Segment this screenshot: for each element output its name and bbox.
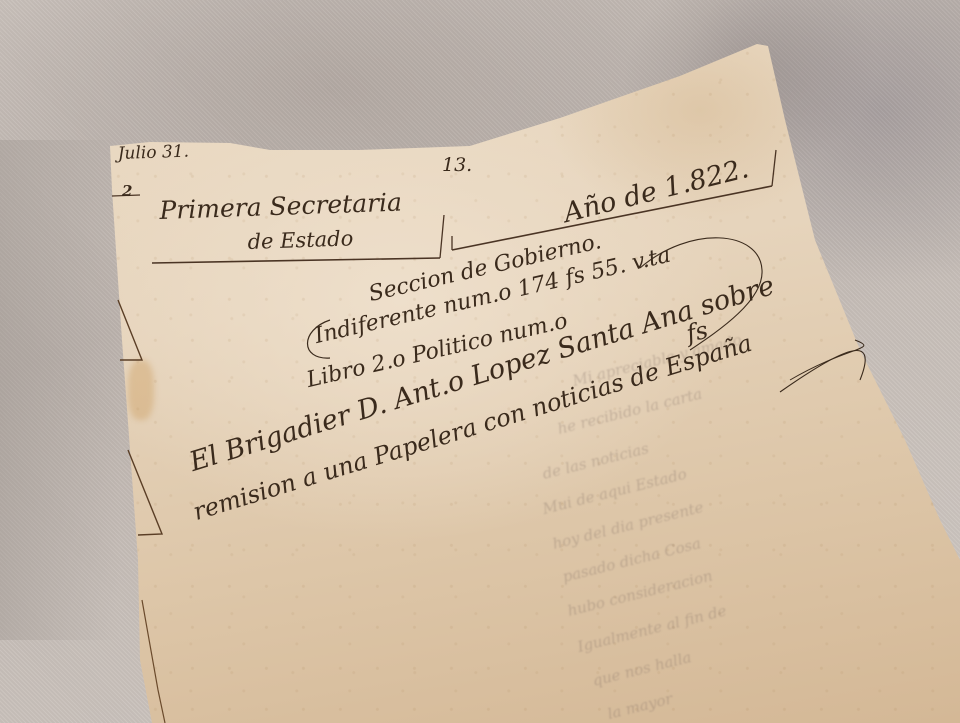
sheet-number: 13. [442, 154, 472, 176]
margin-mark: 2 [122, 182, 132, 200]
folio-note: Julio 31. [117, 142, 189, 164]
office-line-2: de Estado [247, 226, 353, 254]
